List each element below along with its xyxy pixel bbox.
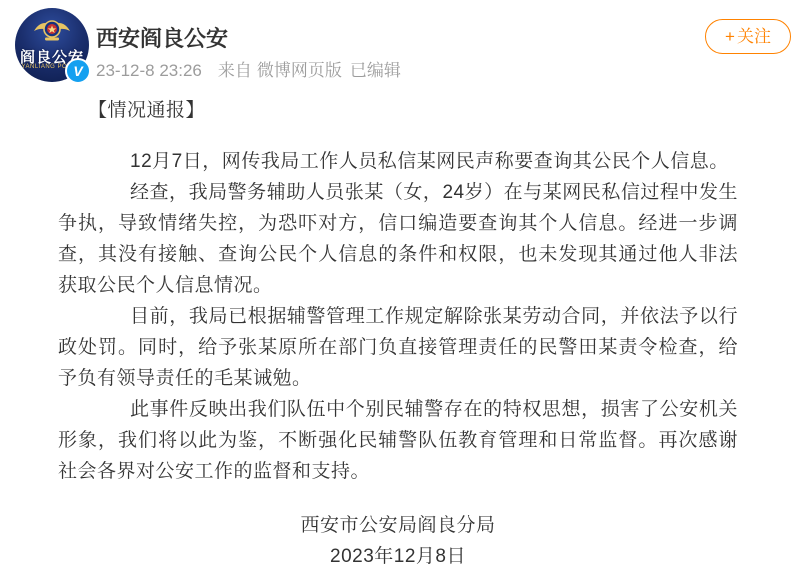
signature-date: 2023年12月8日 <box>58 541 738 572</box>
post-heading: 【情况通报】 <box>58 95 738 126</box>
timestamp: 23-12-8 23:26 <box>96 61 202 80</box>
signature: 西安市公安局阎良分局 <box>58 510 738 541</box>
post-paragraph-1: 12月7日，网传我局工作人员私信某网民声称要查询其公民个人信息。 <box>58 146 738 177</box>
source-link[interactable]: 微博网页版 <box>257 61 342 80</box>
post-content: 【情况通报】 12月7日，网传我局工作人员私信某网民声称要查询其公民个人信息。 … <box>58 95 738 572</box>
source-label: 来自 <box>218 61 252 80</box>
plus-icon: + <box>725 27 735 46</box>
verified-badge-icon: V <box>65 58 91 84</box>
edited-badge: 已编辑 <box>350 61 401 80</box>
follow-button-label: 关注 <box>737 27 771 46</box>
post-paragraph-4: 此事件反映出我们队伍中个别民辅警存在的特权思想，损害了公安机关形象，我们将以此为… <box>58 394 738 487</box>
username[interactable]: 西安阎良公安 <box>96 22 228 53</box>
post-paragraph-2: 经查，我局警务辅助人员张某（女，24岁）在与某网民私信过程中发生争执，导致情绪失… <box>58 177 738 301</box>
signature-block: 西安市公安局阎良分局 2023年12月8日 <box>58 510 738 572</box>
police-badge-icon <box>32 16 72 48</box>
post-paragraph-3: 目前，我局已根据辅警管理工作规定解除张某劳动合同，并依法予以行政处罚。同时，给予… <box>58 301 738 394</box>
post-meta: 23-12-8 23:26来自微博网页版已编辑 <box>96 56 401 81</box>
avatar[interactable]: 阎良公安 YANLIANG POLICE V <box>15 8 89 82</box>
follow-button[interactable]: +关注 <box>705 19 791 54</box>
